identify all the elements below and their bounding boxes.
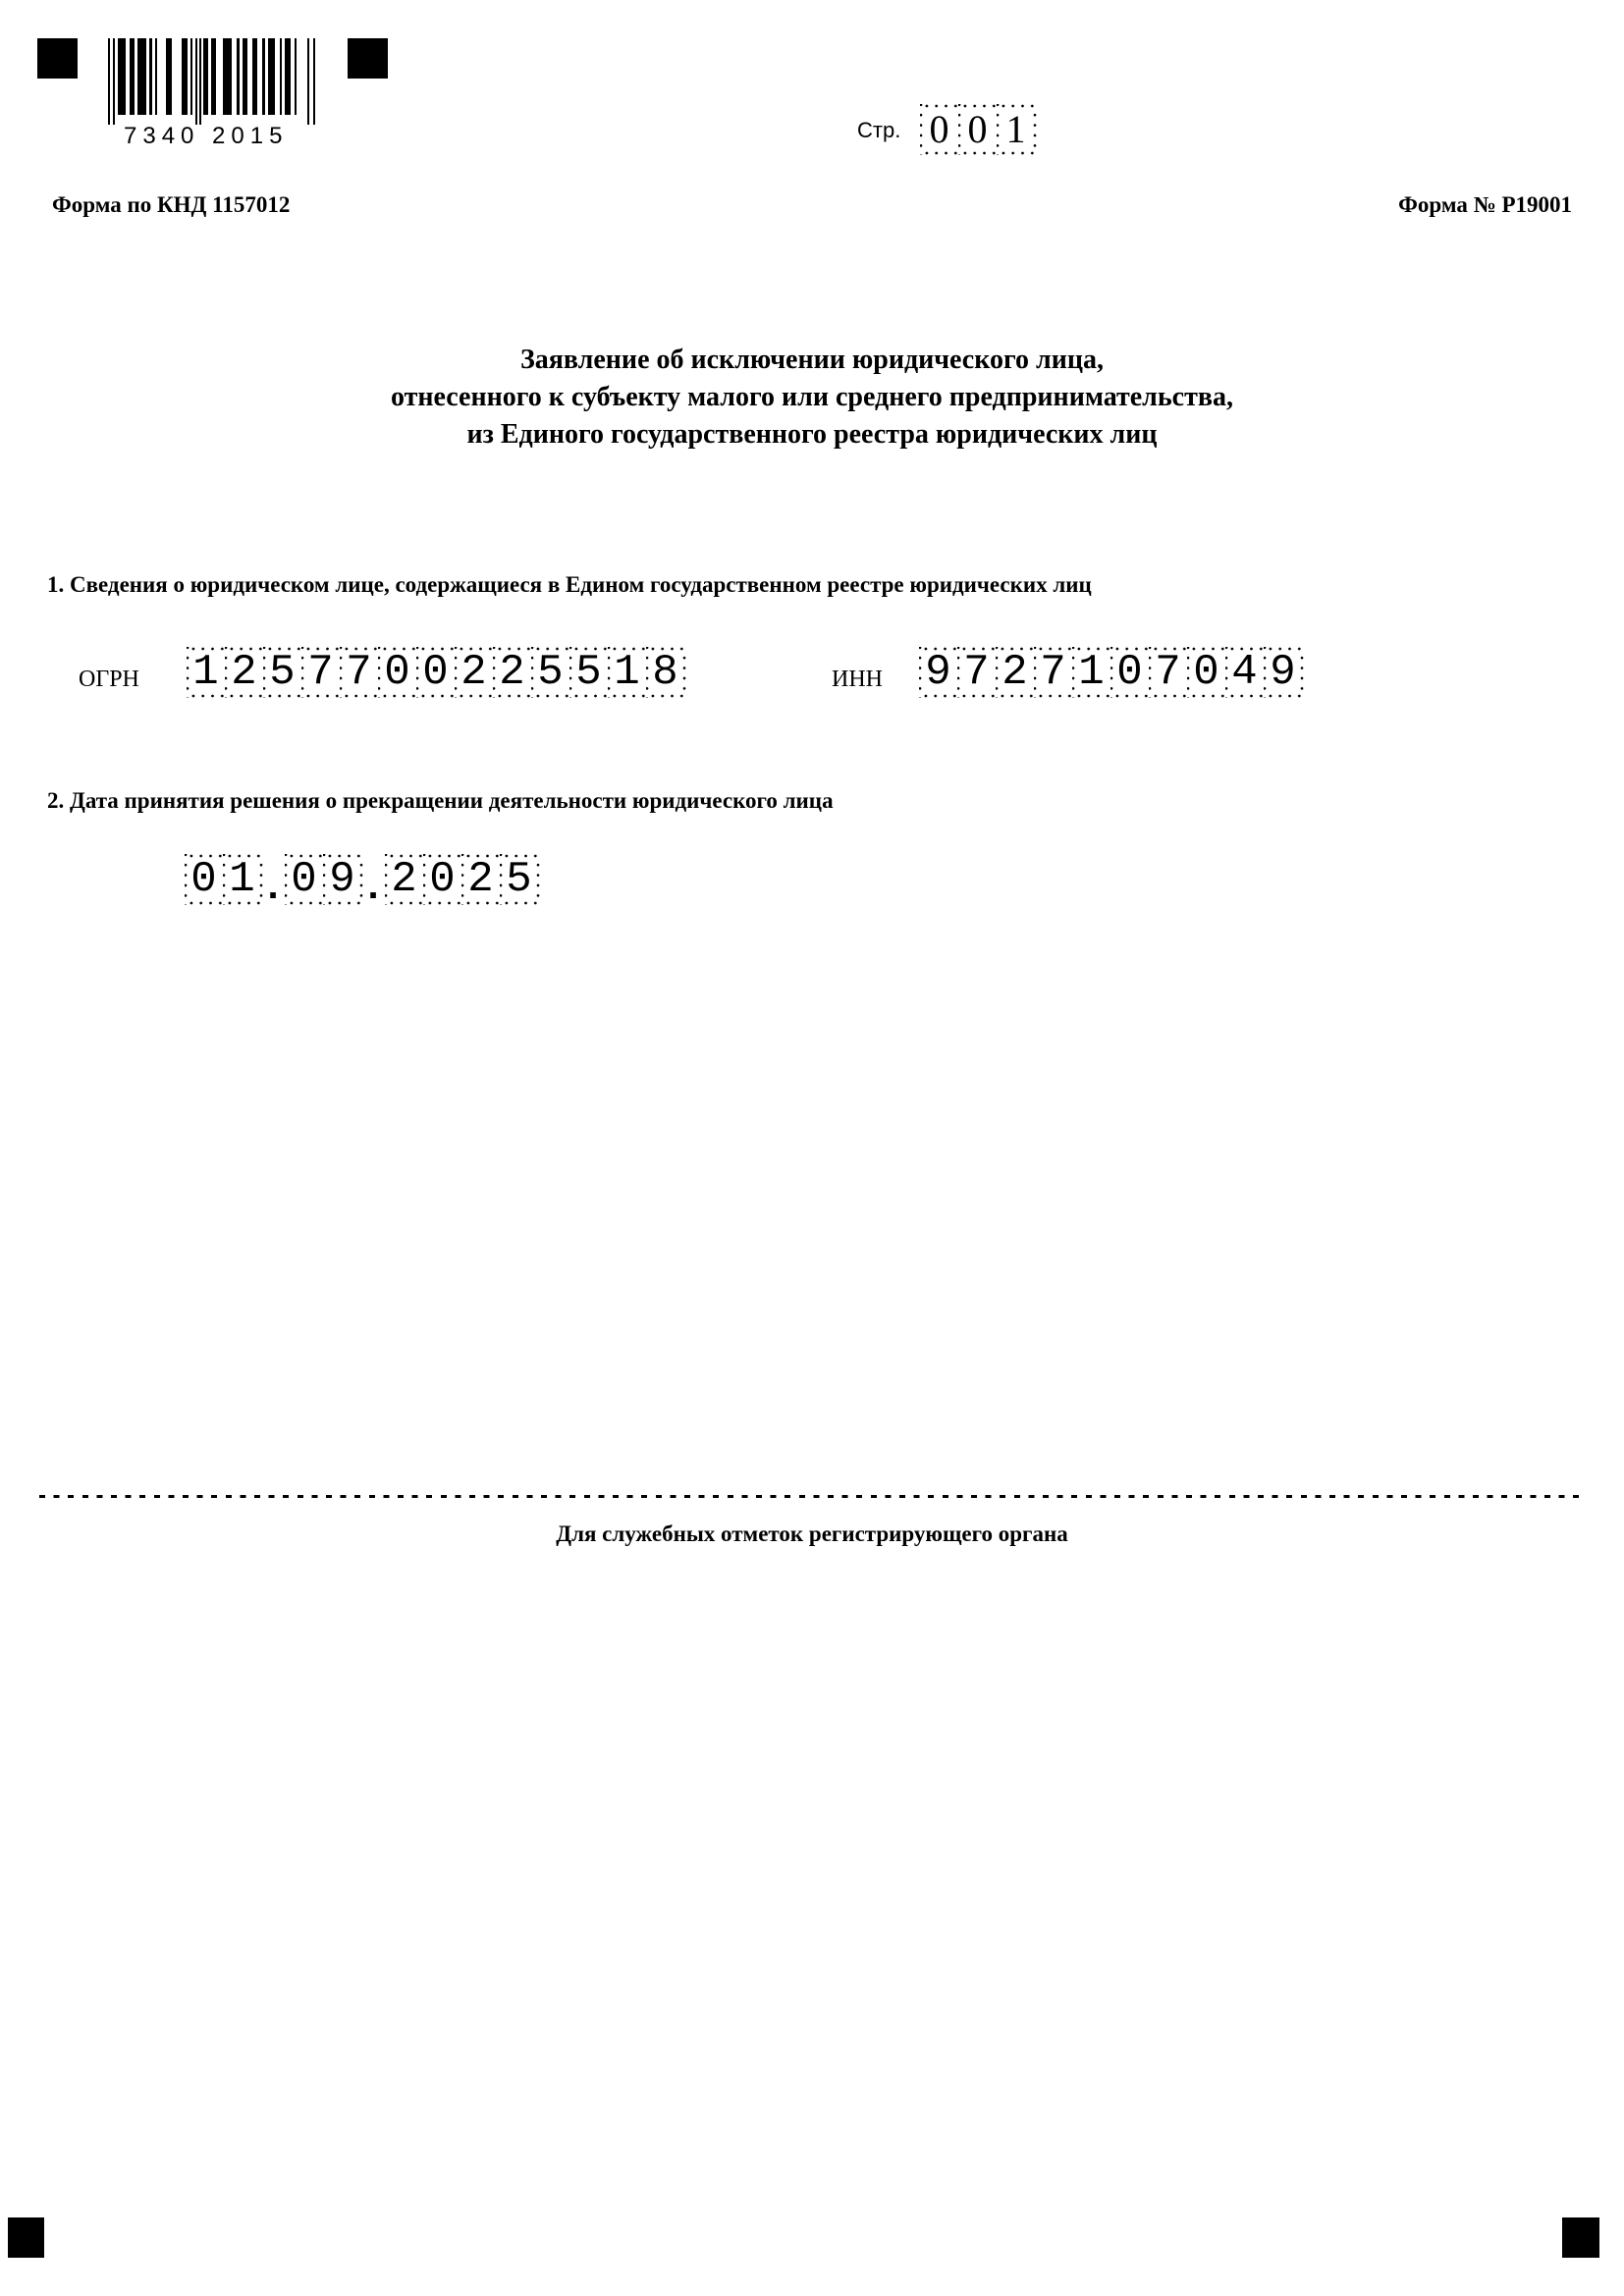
section-1-heading: 1. Сведения о юридическом лице, содержащ… — [47, 571, 1092, 599]
inn-label: ИНН — [832, 666, 883, 693]
page-digit: 1 — [997, 104, 1035, 155]
comb-cell: 2 — [461, 854, 500, 905]
comb-cell: 7 — [340, 647, 378, 698]
corner-marker-top-right — [348, 38, 388, 79]
comb-cell: 7 — [301, 647, 340, 698]
section-2-heading: 2. Дата принятия решения о прекращении д… — [47, 787, 834, 815]
comb-cell: 5 — [263, 647, 301, 698]
comb-cell: 0 — [285, 854, 323, 905]
comb-cell: 9 — [919, 647, 957, 698]
form-number-label: Форма № Р19001 — [1398, 191, 1572, 219]
inn-field[interactable]: 9727107049 — [919, 647, 1302, 698]
barcode-icon — [108, 38, 318, 125]
title-line: отнесенного к субъекту малого или средне… — [0, 379, 1624, 416]
comb-cell: 2 — [455, 647, 493, 698]
knd-form-label: Форма по КНД 1157012 — [52, 191, 290, 219]
ogrn-label: ОГРН — [79, 666, 139, 693]
title-line: из Единого государственного реестра юрид… — [0, 416, 1624, 454]
decision-date-field[interactable]: 01 . 09 . 2025 — [185, 854, 538, 905]
date-separator: . — [261, 854, 285, 905]
comb-cell: 7 — [1034, 647, 1072, 698]
page-digit: 0 — [920, 104, 958, 155]
comb-cell: 7 — [957, 647, 996, 698]
comb-cell: 5 — [569, 647, 608, 698]
title-line: Заявление об исключении юридического лиц… — [0, 342, 1624, 379]
comb-cell: 0 — [423, 854, 461, 905]
barcode-number: 7340 2015 — [124, 125, 310, 148]
comb-cell: 4 — [1225, 647, 1264, 698]
comb-cell: 2 — [996, 647, 1034, 698]
comb-cell: 1 — [223, 854, 261, 905]
date-day[interactable]: 01 — [185, 854, 261, 905]
comb-cell: 9 — [323, 854, 361, 905]
comb-cell: 9 — [1264, 647, 1302, 698]
comb-cell: 1 — [608, 647, 646, 698]
document-title: Заявление об исключении юридического лиц… — [0, 342, 1624, 454]
comb-cell: 2 — [385, 854, 423, 905]
comb-cell: 7 — [1149, 647, 1187, 698]
date-month[interactable]: 09 — [285, 854, 361, 905]
comb-cell: 0 — [1110, 647, 1149, 698]
date-year[interactable]: 2025 — [385, 854, 538, 905]
comb-cell: 0 — [378, 647, 416, 698]
comb-cell: 0 — [1187, 647, 1225, 698]
page-number-field: 0 0 1 — [920, 104, 1035, 155]
cut-line-divider — [39, 1495, 1579, 1498]
corner-marker-bottom-left — [8, 2217, 44, 2258]
comb-cell: 5 — [500, 854, 538, 905]
comb-cell: 8 — [646, 647, 684, 698]
comb-cell: 2 — [493, 647, 531, 698]
comb-cell: 5 — [531, 647, 569, 698]
date-separator: . — [361, 854, 385, 905]
comb-cell: 0 — [416, 647, 455, 698]
corner-marker-bottom-right — [1562, 2217, 1599, 2258]
comb-cell: 2 — [225, 647, 263, 698]
comb-cell: 0 — [185, 854, 223, 905]
comb-cell: 1 — [187, 647, 225, 698]
page-digit: 0 — [958, 104, 997, 155]
page-label: Стр. — [857, 118, 900, 143]
service-marks-label: Для служебных отметок регистрирующего ор… — [0, 1521, 1624, 1548]
ogrn-field[interactable]: 1257700225518 — [187, 647, 684, 698]
comb-cell: 1 — [1072, 647, 1110, 698]
corner-marker-top-left — [37, 38, 78, 79]
